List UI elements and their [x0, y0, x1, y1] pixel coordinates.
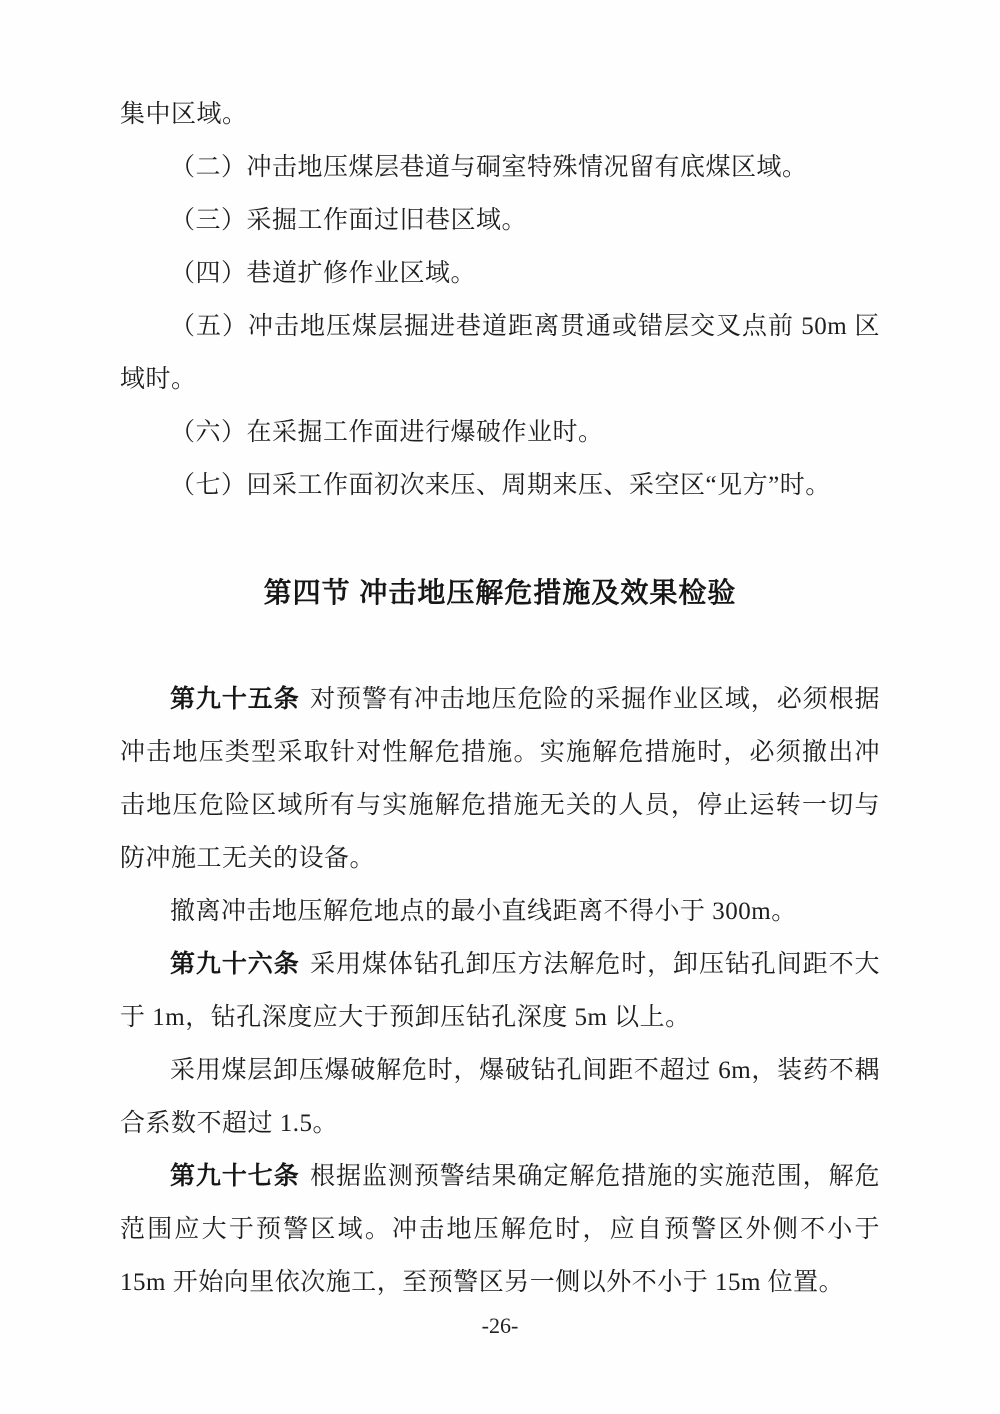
paragraph: 采用煤层卸压爆破解危时，爆破钻孔间距不超过 6m，装药不耦合系数不超过 1.5。 — [120, 1044, 880, 1150]
section-heading: 第四节 冲击地压解危措施及效果检验 — [120, 566, 880, 619]
paragraph: 集中区域。 — [120, 88, 880, 141]
paragraph: 第九十七条根据监测预警结果确定解危措施的实施范围，解危范围应大于预警区域。冲击地… — [120, 1150, 880, 1309]
paragraph: 撤离冲击地压解危地点的最小直线距离不得小于 300m。 — [120, 885, 880, 938]
document-page: 集中区域。（二）冲击地压煤层巷道与硐室特殊情况留有底煤区域。（三）采掘工作面过旧… — [0, 0, 1000, 1414]
paragraph: （四）巷道扩修作业区域。 — [120, 247, 880, 300]
paragraph: 第九十五条对预警有冲击地压危险的采掘作业区域，必须根据冲击地压类型采取针对性解危… — [120, 673, 880, 885]
paragraph: （二）冲击地压煤层巷道与硐室特殊情况留有底煤区域。 — [120, 141, 880, 194]
paragraph: （七）回采工作面初次来压、周期来压、采空区“见方”时。 — [120, 459, 880, 512]
paragraph: （六）在采掘工作面进行爆破作业时。 — [120, 406, 880, 459]
article-number: 第九十五条 — [170, 685, 300, 713]
paragraph: 第九十六条采用煤体钻孔卸压方法解危时，卸压钻孔间距不大于 1m，钻孔深度应大于预… — [120, 938, 880, 1044]
page-number: -26- — [0, 1311, 1000, 1341]
paragraph: （五）冲击地压煤层掘进巷道距离贯通或错层交叉点前 50m 区域时。 — [120, 300, 880, 406]
paragraph: （三）采掘工作面过旧巷区域。 — [120, 194, 880, 247]
article-number: 第九十七条 — [170, 1162, 300, 1190]
document-body: 集中区域。（二）冲击地压煤层巷道与硐室特殊情况留有底煤区域。（三）采掘工作面过旧… — [0, 0, 1000, 1309]
article-number: 第九十六条 — [170, 950, 300, 978]
